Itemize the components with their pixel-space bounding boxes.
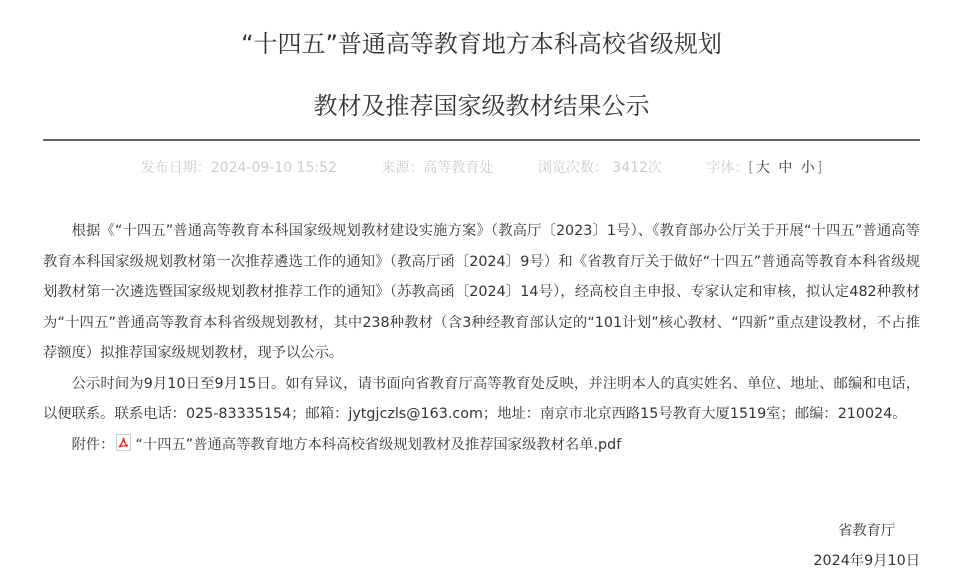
attachment-row: 附件：“十四五”普通高等教育地方本科高校省级规划教材及推荐国家级教材名单.pdf xyxy=(43,430,920,461)
attachment-link[interactable]: “十四五”普通高等教育地方本科高校省级规划教材及推荐国家级教材名单.pdf xyxy=(135,437,621,453)
article-meta: 发布日期：2024-09-10 15:52 来源：高等教育处 浏览次数： 341… xyxy=(43,158,920,178)
body-paragraph: 公示时间为9月10日至9月15日。如有异议，请书面向省教育厅高等教育处反映，并注… xyxy=(43,369,920,430)
publish-date: 发布日期：2024-09-10 15:52 xyxy=(141,160,337,176)
font-size-medium-button[interactable]: 中 xyxy=(778,160,792,176)
signature-block: 省教育厅 2024年9月10日 xyxy=(813,516,920,576)
article: “十四五”普通高等教育地方本科高校省级规划 教材及推荐国家级教材结果公示 发布日… xyxy=(43,0,920,460)
pdf-icon xyxy=(116,434,131,451)
page-title-line2: 教材及推荐国家级教材结果公示 xyxy=(43,90,920,122)
source: 来源：高等教育处 xyxy=(381,160,493,176)
publish-date-label: 发布日期： xyxy=(141,160,211,176)
view-count-label: 浏览次数： xyxy=(538,160,608,176)
source-value: 高等教育处 xyxy=(423,160,493,176)
view-count: 浏览次数： 3412次 xyxy=(538,160,662,176)
font-size-large-button[interactable]: 大 xyxy=(756,160,770,176)
bracket-open: [ xyxy=(748,160,753,176)
bracket-close: ] xyxy=(817,160,822,176)
issue-date: 2024年9月10日 xyxy=(813,546,920,576)
publish-date-value: 2024-09-10 15:52 xyxy=(211,160,337,176)
font-size-small-button[interactable]: 小 xyxy=(801,160,815,176)
issuing-organization: 省教育厅 xyxy=(813,516,920,546)
body-paragraph: 根据《“十四五”普通高等教育本科国家级规划教材建设实施方案》（教高厅〔2023〕… xyxy=(43,216,920,369)
font-size-control: 字体：[大 中 小] xyxy=(706,160,822,176)
article-body: 根据《“十四五”普通高等教育本科国家级规划教材建设实施方案》（教高厅〔2023〕… xyxy=(43,216,920,460)
source-label: 来源： xyxy=(381,160,423,176)
view-count-value: 3412次 xyxy=(612,160,662,176)
page-title-line1: “十四五”普通高等教育地方本科高校省级规划 xyxy=(43,0,920,60)
title-divider xyxy=(43,139,920,141)
attachment-label: 附件： xyxy=(72,437,115,453)
font-size-label: 字体： xyxy=(706,160,748,176)
